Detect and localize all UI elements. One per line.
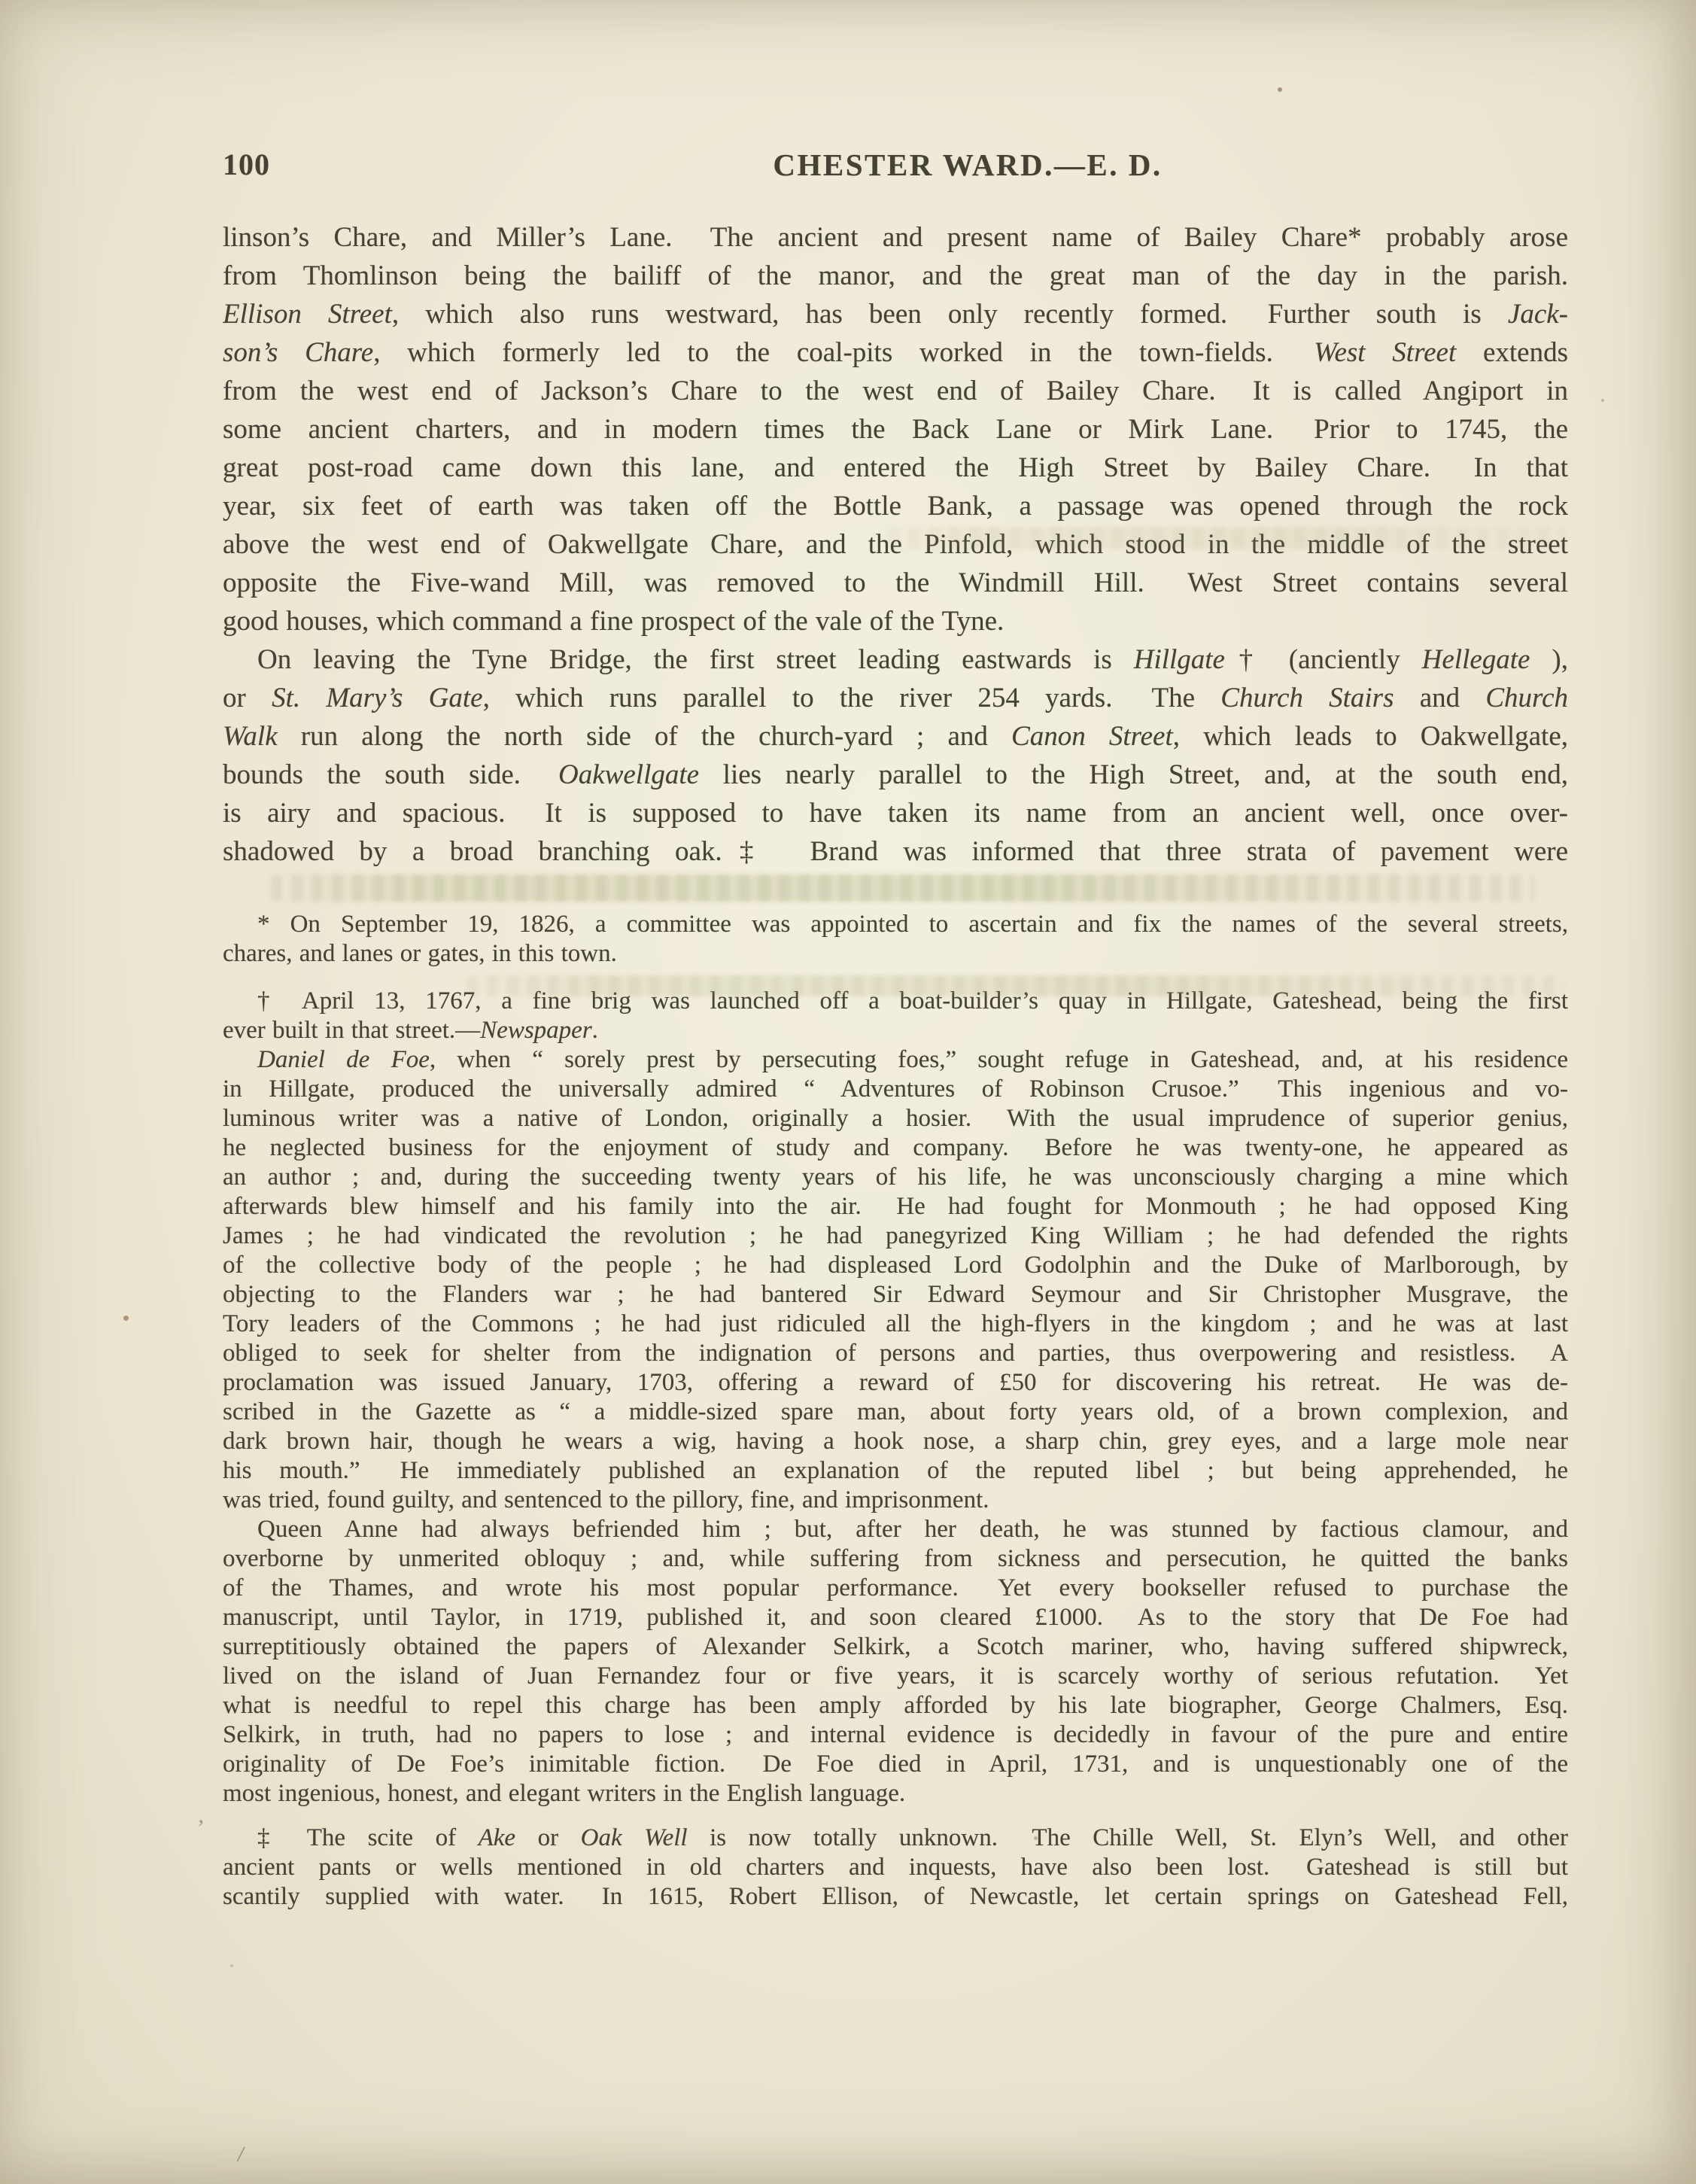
text-line: surreptitiously obtained the papers of A… xyxy=(223,1632,1568,1662)
italic-run: Canon Street xyxy=(1011,721,1173,752)
text-line: Queen Anne had always befriended him ; b… xyxy=(223,1515,1568,1544)
text-line: luminous writer was a native of London, … xyxy=(223,1104,1568,1133)
text-run: Selkirk, in truth, had no papers to lose… xyxy=(223,1721,1568,1748)
text-run: , which also runs westward, has been onl… xyxy=(392,299,1508,330)
text-line: lived on the island of Juan Fernandez fo… xyxy=(223,1662,1568,1691)
text-run: was tried, found guilty, and sentenced t… xyxy=(223,1486,989,1513)
text-run: run along the north side of the church-y… xyxy=(278,721,1011,752)
text-run: Tory leaders of the Commons ; he had jus… xyxy=(223,1310,1568,1337)
text-line: opposite the Five-wand Mill, was removed… xyxy=(223,564,1568,602)
italic-run: Church xyxy=(1485,683,1568,713)
text-run: shadowed by a broad branching oak.‡ Bran… xyxy=(223,836,1568,867)
paragraph-hillgate: On leaving the Tyne Bridge, the first st… xyxy=(223,640,1568,871)
text-run: dark brown hair, though he wears a wig, … xyxy=(223,1428,1568,1455)
text-line: † April 13, 1767, a fine brig was launch… xyxy=(223,987,1568,1016)
paper-speck xyxy=(1601,399,1604,402)
text-run: † (anciently xyxy=(1225,644,1422,675)
print-artifact-quote: ’ xyxy=(197,1815,205,1841)
text-line: Tory leaders of the Commons ; he had jus… xyxy=(223,1309,1568,1339)
text-run: some ancient charters, and in modern tim… xyxy=(223,414,1568,445)
text-run: good houses, which command a fine prospe… xyxy=(223,606,1004,637)
text-run: , which runs parallel to the river 254 y… xyxy=(483,683,1221,713)
text-run: above the west end of Oakwellgate Chare,… xyxy=(223,529,1568,560)
text-line: scantily supplied with water. In 1615, R… xyxy=(223,1882,1568,1912)
italic-run: Ake xyxy=(479,1824,515,1851)
italic-run: son’s Chare xyxy=(223,337,373,368)
footnote-hillgate-brig: † April 13, 1767, a fine brig was launch… xyxy=(223,987,1568,1045)
text-run: . xyxy=(592,1017,598,1044)
italic-run: West Street xyxy=(1314,337,1456,368)
text-run: scantily supplied with water. In 1615, R… xyxy=(223,1883,1568,1910)
text-run: or xyxy=(223,683,272,713)
text-line: chares, and lanes or gates, in this town… xyxy=(223,939,1568,969)
text-run: overborne by unmerited obloquy ; and, wh… xyxy=(223,1545,1568,1572)
footnote-oak-well: ‡ The scite of Ake or Oak Well is now to… xyxy=(223,1824,1568,1912)
italic-run: Jack- xyxy=(1508,299,1568,330)
text-line: Ellison Street, which also runs westward… xyxy=(223,295,1568,333)
text-run: an author ; and, during the succeeding t… xyxy=(223,1163,1568,1191)
text-line: ever built in that street.—Newspaper. xyxy=(223,1016,1568,1045)
text-run: bounds the south side. xyxy=(223,759,558,790)
paper-speck xyxy=(230,1964,233,1967)
text-line: was tried, found guilty, and sentenced t… xyxy=(223,1486,1568,1515)
text-run: scribed in the Gazette as “ a middle-siz… xyxy=(223,1398,1568,1425)
text-line: Daniel de Foe, when “ sorely prest by pe… xyxy=(223,1045,1568,1075)
italic-run: Hellegate xyxy=(1422,644,1530,675)
text-run: and xyxy=(1394,683,1485,713)
text-run: surreptitiously obtained the papers of A… xyxy=(223,1633,1568,1660)
text-run: objecting to the Flanders war ; he had b… xyxy=(223,1281,1568,1308)
text-run: year, six feet of earth was taken off th… xyxy=(223,491,1568,522)
text-line: objecting to the Flanders war ; he had b… xyxy=(223,1280,1568,1309)
text-line: James ; he had vindicated the revolution… xyxy=(223,1221,1568,1251)
italic-run: Newspaper xyxy=(480,1017,592,1044)
text-run: is now totally unknown. The Chille Well,… xyxy=(688,1824,1568,1851)
text-line: year, six feet of earth was taken off th… xyxy=(223,487,1568,525)
page-number: 100 xyxy=(223,147,270,182)
italic-run: Church Stairs xyxy=(1220,683,1394,713)
paper-speck xyxy=(123,1316,129,1321)
text-run: lived on the island of Juan Fernandez fo… xyxy=(223,1662,1568,1690)
text-line: of the Thames, and wrote his most popula… xyxy=(223,1574,1568,1603)
text-line: from Thomlinson being the bailiff of the… xyxy=(223,257,1568,295)
text-run: ), xyxy=(1530,644,1568,675)
paper-speck xyxy=(1278,87,1282,92)
text-line: son’s Chare, which formerly led to the c… xyxy=(223,333,1568,372)
italic-run: Hillgate xyxy=(1134,644,1225,675)
print-artifact-slash: / xyxy=(236,2142,246,2168)
text-run: lies nearly parallel to the High Street,… xyxy=(699,759,1568,790)
text-run: or xyxy=(515,1824,581,1851)
text-line: above the west end of Oakwellgate Chare,… xyxy=(223,525,1568,564)
text-run: linson’s Chare, and Miller’s Lane. The a… xyxy=(223,222,1568,253)
footnote-streets-committee: * On September 19, 1826, a committee was… xyxy=(223,910,1568,969)
text-line: or St. Mary’s Gate, which runs parallel … xyxy=(223,679,1568,717)
text-line: originality of De Foe’s inimitable ficti… xyxy=(223,1750,1568,1779)
text-run: extends xyxy=(1456,337,1568,368)
text-run: † April 13, 1767, a fine brig was launch… xyxy=(257,987,1568,1014)
text-run: luminous writer was a native of London, … xyxy=(223,1105,1568,1132)
page-header: 100 CHESTER WARD.—E. D. xyxy=(223,147,1568,184)
text-line: he neglected business for the enjoyment … xyxy=(223,1133,1568,1163)
text-line: Selkirk, in truth, had no papers to lose… xyxy=(223,1720,1568,1750)
footnote-defoe: Daniel de Foe, when “ sorely prest by pe… xyxy=(223,1045,1568,1515)
text-run: chares, and lanes or gates, in this town… xyxy=(223,940,617,967)
text-line: some ancient charters, and in modern tim… xyxy=(223,410,1568,449)
italic-run: Oakwellgate xyxy=(558,759,699,790)
text-run: , which formerly led to the coal-pits wo… xyxy=(373,337,1314,368)
text-run: manuscript, until Taylor, in 1719, publi… xyxy=(223,1604,1568,1631)
text-line: * On September 19, 1826, a committee was… xyxy=(223,910,1568,939)
text-line: of the collective body of the people ; h… xyxy=(223,1251,1568,1280)
text-run: he neglected business for the enjoyment … xyxy=(223,1134,1568,1161)
text-line: great post-road came down this lane, and… xyxy=(223,449,1568,487)
text-run: obliged to seek for shelter from the ind… xyxy=(223,1340,1568,1367)
text-line: most ingenious, honest, and elegant writ… xyxy=(223,1779,1568,1808)
text-line: dark brown hair, though he wears a wig, … xyxy=(223,1427,1568,1456)
text-run: * On September 19, 1826, a committee was… xyxy=(257,911,1568,938)
text-run: from Thomlinson being the bailiff of the… xyxy=(223,260,1568,291)
text-run: , which leads to Oakwellgate, xyxy=(1173,721,1568,752)
text-run: ancient pants or wells mentioned in old … xyxy=(223,1854,1568,1881)
text-line: from the west end of Jackson’s Chare to … xyxy=(223,372,1568,410)
text-line: ‡ The scite of Ake or Oak Well is now to… xyxy=(223,1824,1568,1853)
text-run: from the west end of Jackson’s Chare to … xyxy=(223,376,1568,406)
text-run: afterwards blew himself and his family i… xyxy=(223,1193,1568,1220)
text-line: manuscript, until Taylor, in 1719, publi… xyxy=(223,1603,1568,1632)
text-line: shadowed by a broad branching oak.‡ Bran… xyxy=(223,832,1568,871)
italic-run: Walk xyxy=(223,721,278,752)
text-run: most ingenious, honest, and elegant writ… xyxy=(223,1780,905,1807)
text-line: linson’s Chare, and Miller’s Lane. The a… xyxy=(223,218,1568,257)
italic-run: Daniel de Foe xyxy=(257,1046,430,1073)
text-run: his mouth.” He immediately published an … xyxy=(223,1457,1568,1484)
paragraph-streets: linson’s Chare, and Miller’s Lane. The a… xyxy=(223,218,1568,640)
text-run: of the Thames, and wrote his most popula… xyxy=(223,1574,1568,1601)
text-run: , when “ sorely prest by persecuting foe… xyxy=(430,1046,1568,1073)
running-head: CHESTER WARD.—E. D. xyxy=(295,147,1640,183)
text-line: what is needful to repel this charge has… xyxy=(223,1691,1568,1720)
text-run: of the collective body of the people ; h… xyxy=(223,1252,1568,1279)
text-column: linson’s Chare, and Miller’s Lane. The a… xyxy=(223,218,1568,1912)
text-run: is airy and spacious. It is supposed to … xyxy=(223,798,1568,829)
text-run: James ; he had vindicated the revolution… xyxy=(223,1222,1568,1249)
text-run: opposite the Five-wand Mill, was removed… xyxy=(223,567,1568,598)
text-line: proclamation was issued January, 1703, o… xyxy=(223,1368,1568,1398)
text-run: in Hillgate, produced the universally ad… xyxy=(223,1075,1568,1103)
footnote-queen-anne: Queen Anne had always befriended him ; b… xyxy=(223,1515,1568,1808)
text-line: his mouth.” He immediately published an … xyxy=(223,1456,1568,1486)
text-line: Walk run along the north side of the chu… xyxy=(223,717,1568,756)
text-line: an author ; and, during the succeeding t… xyxy=(223,1163,1568,1192)
text-run: proclamation was issued January, 1703, o… xyxy=(223,1369,1568,1396)
text-run: originality of De Foe’s inimitable ficti… xyxy=(223,1751,1568,1778)
text-line: bounds the south side. Oakwellgate lies … xyxy=(223,756,1568,794)
text-line: is airy and spacious. It is supposed to … xyxy=(223,794,1568,832)
italic-run: Ellison Street xyxy=(223,299,392,330)
text-line: in Hillgate, produced the universally ad… xyxy=(223,1075,1568,1104)
italic-run: Oak Well xyxy=(581,1824,688,1851)
text-run: great post-road came down this lane, and… xyxy=(223,452,1568,483)
book-page: 100 CHESTER WARD.—E. D. linson’s Chare, … xyxy=(0,0,1696,2184)
text-line: good houses, which command a fine prospe… xyxy=(223,602,1568,640)
text-run: what is needful to repel this charge has… xyxy=(223,1692,1568,1719)
text-line: afterwards blew himself and his family i… xyxy=(223,1192,1568,1221)
text-run: On leaving the Tyne Bridge, the first st… xyxy=(257,644,1134,675)
text-line: On leaving the Tyne Bridge, the first st… xyxy=(223,640,1568,679)
text-run: ever built in that street.— xyxy=(223,1017,480,1044)
text-line: overborne by unmerited obloquy ; and, wh… xyxy=(223,1544,1568,1574)
text-line: obliged to seek for shelter from the ind… xyxy=(223,1339,1568,1368)
text-line: scribed in the Gazette as “ a middle-siz… xyxy=(223,1398,1568,1427)
text-line: ancient pants or wells mentioned in old … xyxy=(223,1853,1568,1882)
italic-run: St. Mary’s Gate xyxy=(272,683,483,713)
text-run: Queen Anne had always befriended him ; b… xyxy=(257,1516,1568,1543)
text-run: ‡ The scite of xyxy=(257,1824,479,1851)
